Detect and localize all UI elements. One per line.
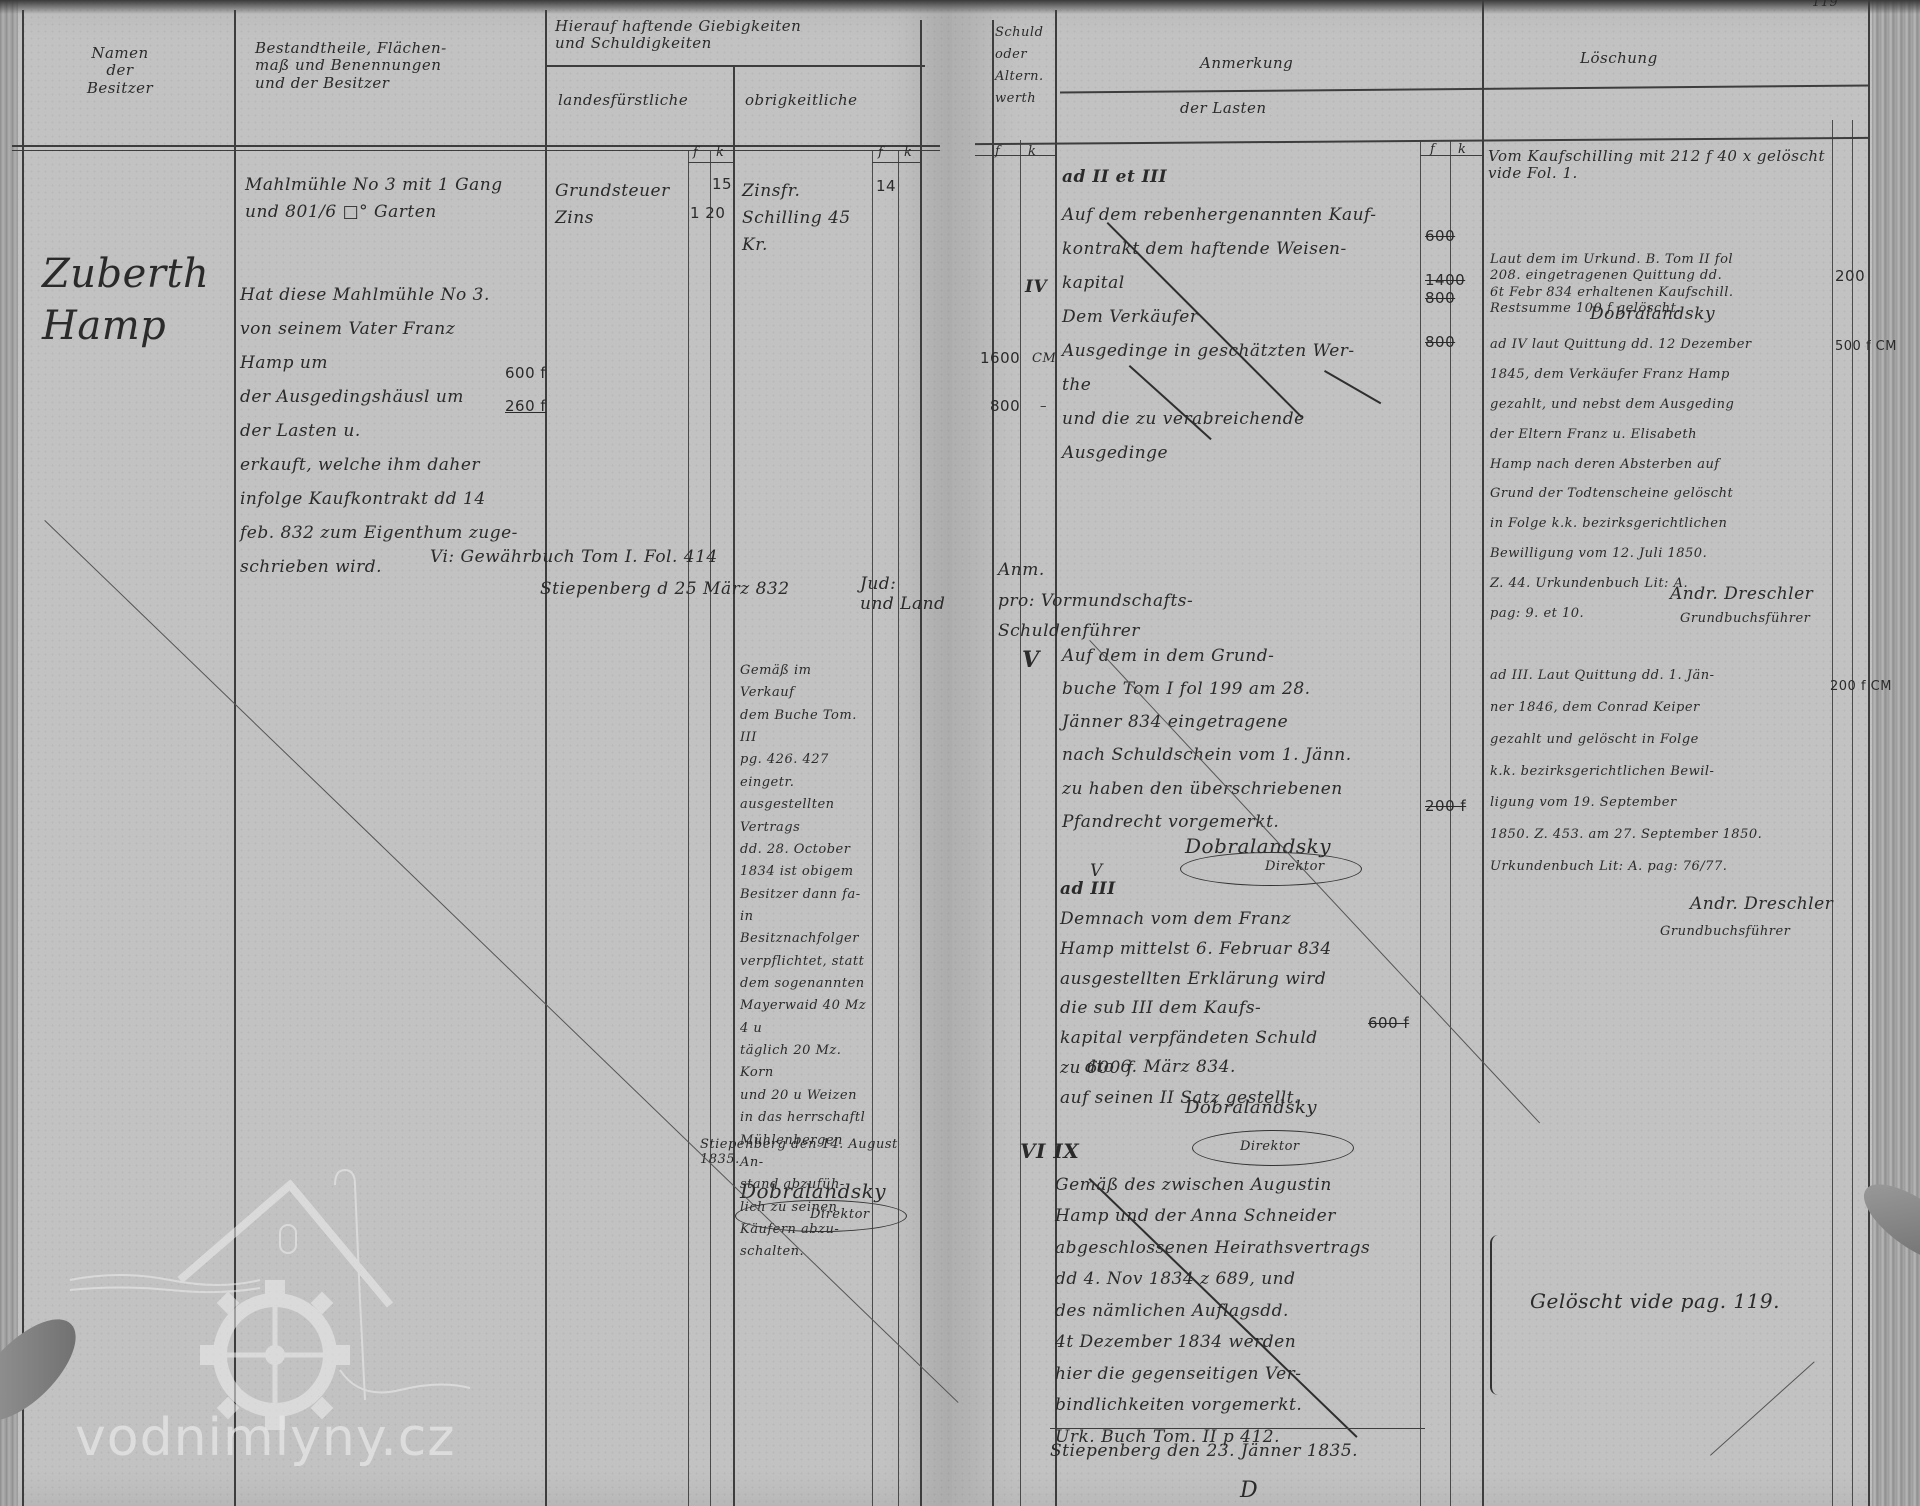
unit-line-2: [872, 162, 920, 163]
left-margin-line: [22, 10, 24, 1506]
entry-adIII-title: Direktor: [1240, 1140, 1300, 1155]
entry-V-amount: 200 f: [1425, 798, 1466, 815]
col-sub-kr-1: [710, 150, 711, 1506]
header-bottom-line: [12, 145, 940, 147]
entry-adIII-date: dto 6. März 834.: [1085, 1058, 1236, 1078]
state-levy-kr: 1 20: [690, 205, 725, 222]
header-debt-value: Schuld oder Altern. werth: [995, 22, 1053, 110]
right-unit-fl: f: [995, 145, 1000, 160]
entry-VI-underline: [1050, 1428, 1425, 1429]
unit-kr-2: k: [904, 146, 912, 161]
deletion-entry-3-amount: 200 f CM: [1830, 680, 1892, 695]
deletion-entry-3-signature: Andr. Dreschler: [1690, 895, 1833, 915]
deletion-entry-3-text: ad III. Laut Quittung dd. 1. Jän- ner 18…: [1490, 660, 1835, 883]
left-unit-dash: –: [1040, 400, 1047, 415]
unit-fl-1: f: [693, 146, 698, 161]
col-divider-4: [920, 20, 922, 1506]
reference-line-1: Vi: Gewährbuch Tom I. Fol. 414: [430, 548, 910, 568]
deletion-entry-4-text: Gelöscht vide pag. 119.: [1530, 1290, 1780, 1313]
curly-brace: [1490, 1235, 1506, 1395]
note-column-date: Stiepenberg den 14. August 1835.: [700, 1138, 940, 1168]
subheader-liabilities: der Lasten: [1180, 100, 1267, 117]
entry-VI-date: Stiepenberg den 23. Jänner 1835.: [1050, 1442, 1358, 1462]
entry-II-III-marker: ad II et III: [1062, 168, 1167, 188]
manor-levy-fl: 14: [876, 178, 896, 195]
entry-adIII-text: Demnach vom dem Franz Hamp mittelst 6. F…: [1060, 905, 1420, 1113]
col-sub-fl-2: [872, 150, 873, 1506]
state-levy-text: Grundsteuer Zins: [555, 178, 685, 232]
unit-fl-2: f: [878, 146, 883, 161]
header-manor-levies: obrigkeitliche: [745, 92, 875, 109]
manor-levy-text: Zinsfr. Schilling 45 Kr.: [742, 178, 872, 260]
header-bottom-line-2: [12, 150, 940, 151]
book-right-page-edges: [1872, 0, 1920, 1506]
amount-600: 600 f: [505, 365, 546, 382]
entry-adIII-signature: Dobralandsky: [1185, 1098, 1317, 1119]
page-number: 119: [1812, 0, 1838, 11]
header-remarks: Anmerkung: [1200, 55, 1293, 72]
entry-IV-marker: IV: [1025, 278, 1047, 298]
entry-VI-marker: VI IX: [1020, 1140, 1079, 1163]
property-description: Mahlmühle No 3 mit 1 Gang und 801/6 □° G…: [245, 172, 540, 226]
right-unit-line: [975, 155, 1055, 156]
amount-struck-1400: 1400: [1425, 272, 1465, 289]
deletion-entry-2-signature: Andr. Dreschler: [1670, 585, 1813, 605]
col-sub-kr-2: [898, 150, 899, 1506]
owner-name: Zuberth Hamp: [42, 248, 232, 352]
entry-adIII-amount: 600 f: [1368, 1015, 1409, 1032]
right-col-divider-3: [1868, 0, 1870, 1506]
right-unit-kr-b: k: [1458, 143, 1466, 158]
left-amount-800: 800: [990, 398, 1020, 415]
amount-struck-800a: 800: [1425, 290, 1455, 307]
entry-V-title: Direktor: [1265, 860, 1325, 875]
amount-struck-800b: 800: [1425, 334, 1455, 351]
deletion-entry-1-signature: Dobralandsky: [1590, 305, 1715, 325]
right-sub-line: [1020, 140, 1021, 1506]
header-components: Bestandtheile, Flächen- maß und Benennun…: [255, 40, 535, 92]
entry-V-marker: V: [1022, 648, 1040, 673]
deletion-top-line: Vom Kaufschilling mit 212 f 40 x gelösch…: [1488, 148, 1828, 183]
acquisition-text: Hat diese Mahlmühle No 3. von seinem Vat…: [240, 278, 535, 584]
header-owner-names: Namen der Besitzer: [60, 45, 180, 97]
right-col-divider-0: [992, 20, 994, 1506]
top-shadow: [0, 0, 1920, 14]
entry-VI-text: Gemäß des zwischen Augustin Hamp und der…: [1055, 1170, 1425, 1453]
deletion-entry-3-title: Grundbuchsführer: [1660, 925, 1790, 940]
header-deletion: Löschung: [1580, 50, 1658, 67]
side-label: Jud: und Land: [860, 575, 950, 614]
entry-VI-initials: D: [1240, 1478, 1258, 1503]
header-state-levies: landesfürstliche: [558, 92, 688, 109]
group-header-line: [545, 65, 925, 67]
amount-struck-600: 600: [1425, 228, 1455, 245]
unit-kr-1: k: [716, 146, 724, 161]
amount-260: 260 f: [505, 398, 546, 415]
right-sub-kr-2: [1852, 120, 1853, 1506]
col-divider-3: [733, 65, 735, 1506]
entry-V-header-note: Anm. pro: Vormundschafts- Schuldenführer: [998, 555, 1228, 647]
book-left-edge: [0, 0, 18, 1506]
state-levy-fl: 15: [712, 176, 732, 193]
entry-V-text: Auf dem in dem Grund- buche Tom I fol 19…: [1062, 640, 1417, 839]
left-amount-1600: 1600: [980, 350, 1020, 367]
col-sub-fl-1: [688, 150, 689, 1506]
right-unit-kr: k: [1028, 145, 1036, 160]
right-col-divider-2: [1482, 0, 1484, 1506]
note-column-title: Direktor: [810, 1208, 870, 1223]
right-unit-fl-b: f: [1430, 143, 1435, 158]
entry-adIII-marker: ad III: [1060, 880, 1116, 900]
left-unit-cm: CM: [1032, 352, 1056, 367]
reference-line-2: Stiepenberg d 25 März 832: [540, 580, 860, 600]
header-levies-group: Hierauf haftende Giebigkeiten und Schuld…: [555, 18, 925, 53]
deletion-entry-2-amount: 500 f CM: [1835, 340, 1897, 355]
entry-II-III-text: Auf dem rebenhergenannten Kauf- kontrakt…: [1062, 198, 1417, 470]
deletion-entry-1-amount: 200: [1835, 268, 1865, 285]
deletion-entry-2-title: Grundbuchsführer: [1680, 612, 1810, 627]
note-column-text: Gemäß im Verkauf dem Buche Tom. III pg. …: [740, 660, 870, 1264]
book-spread: Namen der Besitzer Bestandtheile, Fläche…: [0, 0, 1920, 1506]
col-divider-2: [545, 10, 547, 1506]
unit-line-1: [688, 162, 733, 163]
watermark-text: vodnimlyny.cz: [75, 1408, 456, 1468]
